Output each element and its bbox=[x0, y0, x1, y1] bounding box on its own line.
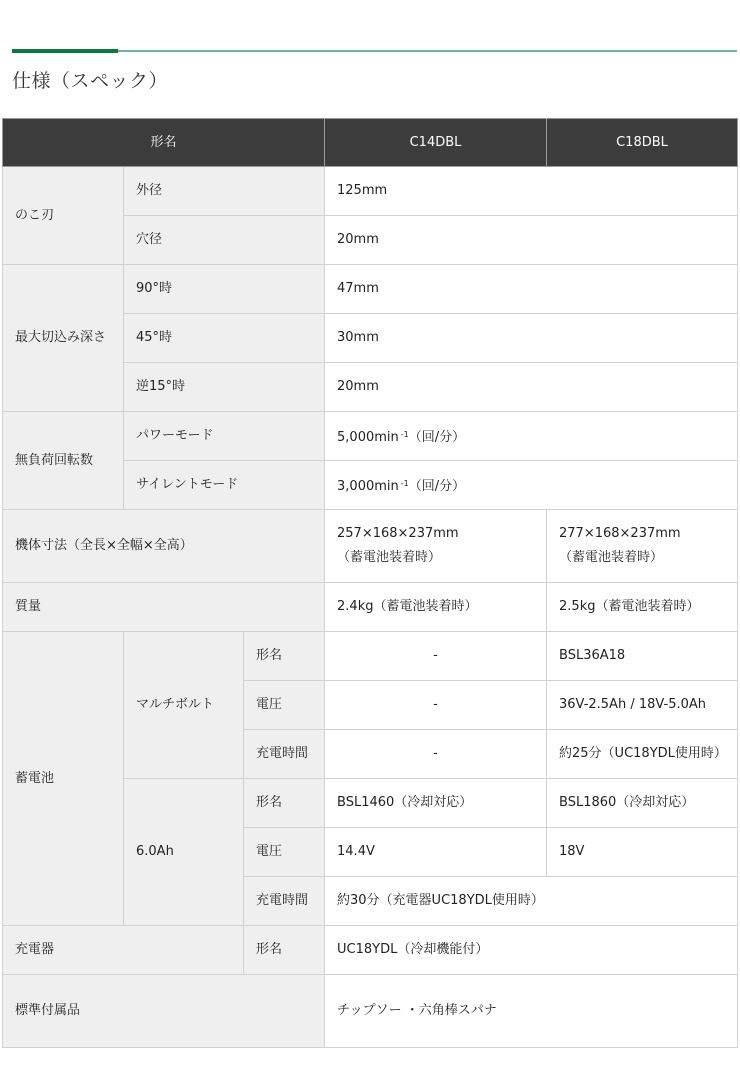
dimensions-c14-note: （蓄電池装着時） bbox=[337, 546, 534, 570]
speed-power-label: パワーモード bbox=[124, 412, 325, 461]
battery-multivolt-model-c14: - bbox=[325, 632, 547, 681]
dimensions-c18-size: 277×168×237mm bbox=[559, 522, 725, 546]
table-header-row: 形名 C14DBL C18DBL bbox=[3, 119, 738, 167]
spec-table: 形名 C14DBL C18DBL のこ刃 外径 125mm 穴径 20mm 最大… bbox=[2, 118, 738, 1048]
table-row: 最大切込み深さ 90°時 47mm bbox=[3, 265, 738, 314]
blade-outer-value: 125mm bbox=[325, 167, 738, 216]
dimensions-c14: 257×168×237mm（蓄電池装着時） bbox=[325, 510, 547, 583]
battery-group-label: 蓄電池 bbox=[3, 632, 124, 926]
weight-c14: 2.4kg（蓄電池装着時） bbox=[325, 583, 547, 632]
charger-group-label: 充電器 bbox=[3, 926, 244, 975]
section-divider bbox=[12, 50, 737, 52]
charger-model-label: 形名 bbox=[244, 926, 325, 975]
table-row: 機体寸法（全長×全幅×全高） 257×168×237mm（蓄電池装着時） 277… bbox=[3, 510, 738, 583]
cut-depth-45-label: 45°時 bbox=[124, 314, 325, 363]
blade-group-label: のこ刃 bbox=[3, 167, 124, 265]
battery-6ah-charge-label: 充電時間 bbox=[244, 877, 325, 926]
battery-multivolt-model-c18: BSL36A18 bbox=[547, 632, 738, 681]
accessories-value: チップソー ・六角棒スパナ bbox=[325, 975, 738, 1048]
dimensions-c18: 277×168×237mm（蓄電池装着時） bbox=[547, 510, 738, 583]
speed-silent-value: 3,000min-1（回/分） bbox=[325, 461, 738, 510]
blade-outer-label: 外径 bbox=[124, 167, 325, 216]
cut-depth-90-label: 90°時 bbox=[124, 265, 325, 314]
battery-multivolt-voltage-c14: - bbox=[325, 681, 547, 730]
battery-multivolt-charge-c14: - bbox=[325, 730, 547, 779]
speed-silent-exponent: -1 bbox=[401, 479, 409, 488]
battery-6ah-voltage-c18: 18V bbox=[547, 828, 738, 877]
cut-depth-group-label: 最大切込み深さ bbox=[3, 265, 124, 412]
table-row: 蓄電池 マルチボルト 形名 - BSL36A18 bbox=[3, 632, 738, 681]
battery-multivolt-voltage-label: 電圧 bbox=[244, 681, 325, 730]
battery-multivolt-charge-c18: 約25分（UC18YDL使用時） bbox=[547, 730, 738, 779]
speed-power-value: 5,000min-1（回/分） bbox=[325, 412, 738, 461]
battery-6ah-charge-value: 約30分（充電器UC18YDL使用時） bbox=[325, 877, 738, 926]
speed-power-unit: （回/分） bbox=[409, 430, 465, 445]
cut-depth-rev15-label: 逆15°時 bbox=[124, 363, 325, 412]
dimensions-label: 機体寸法（全長×全幅×全高） bbox=[3, 510, 325, 583]
header-model-c18: C18DBL bbox=[547, 119, 738, 167]
blade-bore-value: 20mm bbox=[325, 216, 738, 265]
battery-6ah-model-label: 形名 bbox=[244, 779, 325, 828]
cut-depth-90-value: 47mm bbox=[325, 265, 738, 314]
table-row: 充電器 形名 UC18YDL（冷却機能付） bbox=[3, 926, 738, 975]
cut-depth-rev15-value: 20mm bbox=[325, 363, 738, 412]
speed-power-exponent: -1 bbox=[401, 430, 409, 439]
battery-6ah-voltage-c14: 14.4V bbox=[325, 828, 547, 877]
dimensions-c14-size: 257×168×237mm bbox=[337, 522, 534, 546]
blade-bore-label: 穴径 bbox=[124, 216, 325, 265]
weight-c18: 2.5kg（蓄電池装着時） bbox=[547, 583, 738, 632]
section-divider-accent bbox=[12, 49, 118, 53]
table-row: 無負荷回転数 パワーモード 5,000min-1（回/分） bbox=[3, 412, 738, 461]
header-model-label: 形名 bbox=[3, 119, 325, 167]
table-row: のこ刃 外径 125mm bbox=[3, 167, 738, 216]
battery-multivolt-model-label: 形名 bbox=[244, 632, 325, 681]
speed-group-label: 無負荷回転数 bbox=[3, 412, 124, 510]
battery-multivolt-label: マルチボルト bbox=[124, 632, 244, 779]
speed-silent-unit: （回/分） bbox=[409, 479, 465, 494]
battery-multivolt-voltage-c18: 36V-2.5Ah / 18V-5.0Ah bbox=[547, 681, 738, 730]
table-row: 標準付属品 チップソー ・六角棒スパナ bbox=[3, 975, 738, 1048]
cut-depth-45-value: 30mm bbox=[325, 314, 738, 363]
battery-6ah-label: 6.0Ah bbox=[124, 779, 244, 926]
battery-6ah-voltage-label: 電圧 bbox=[244, 828, 325, 877]
speed-power-number: 5,000min bbox=[337, 430, 399, 445]
speed-silent-number: 3,000min bbox=[337, 479, 399, 494]
table-row: 質量 2.4kg（蓄電池装着時） 2.5kg（蓄電池装着時） bbox=[3, 583, 738, 632]
header-model-c14: C14DBL bbox=[325, 119, 547, 167]
speed-silent-label: サイレントモード bbox=[124, 461, 325, 510]
section-title: 仕様（スペック） bbox=[12, 66, 168, 93]
dimensions-c18-note: （蓄電池装着時） bbox=[559, 546, 725, 570]
battery-multivolt-charge-label: 充電時間 bbox=[244, 730, 325, 779]
accessories-label: 標準付属品 bbox=[3, 975, 325, 1048]
battery-6ah-model-c18: BSL1860（冷却対応） bbox=[547, 779, 738, 828]
battery-6ah-model-c14: BSL1460（冷却対応） bbox=[325, 779, 547, 828]
charger-model-value: UC18YDL（冷却機能付） bbox=[325, 926, 738, 975]
weight-label: 質量 bbox=[3, 583, 325, 632]
